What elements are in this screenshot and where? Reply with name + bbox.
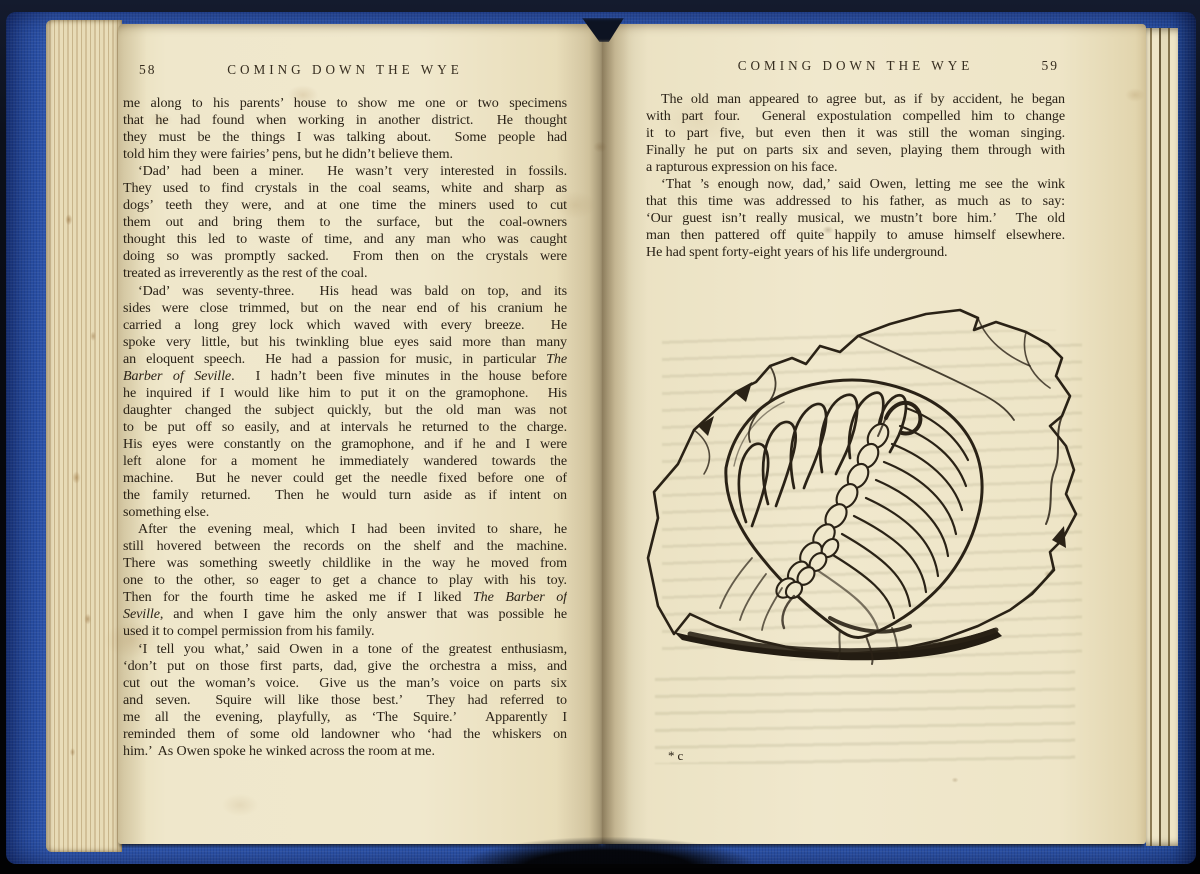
page-59-body: The old man appeared to agree but, as if… [646, 91, 1065, 261]
text-line: He had spent forty-eight years of his li… [646, 244, 1065, 261]
text-line: ‘Dad’ had been a miner. He wasn’t very i… [123, 163, 567, 180]
text-line: His eyes were constantly on the gramopho… [123, 436, 567, 453]
text-line: cut out the woman’s voice. Give us the m… [123, 675, 567, 692]
text-line: it to part five, but even then it was st… [646, 125, 1065, 142]
text-line: he inquired if I would like him to put i… [123, 385, 567, 402]
text-line: ‘don’t put on those first parts, dad, gi… [123, 658, 567, 675]
text-line: carried a long grey lock which waved wit… [123, 317, 567, 334]
text-line: dogs’ teeth they were, and at one time t… [123, 197, 567, 214]
text-line: Finally he put on parts six and seven, p… [646, 142, 1065, 159]
text-line: machine. But he never could get the need… [123, 470, 567, 487]
page-header: 58 COMING DOWN THE WYE [123, 62, 567, 82]
text-line: After the evening meal, which I had been… [123, 521, 567, 538]
text-line: ‘Dad’ was seventy-three. His head was ba… [123, 283, 567, 300]
page-number-59: 59 [1042, 58, 1060, 74]
trilobite-fossil-illustration [634, 296, 1104, 676]
text-line: Seville, and when I gave him the only an… [123, 606, 567, 623]
running-head: COMING DOWN THE WYE [738, 58, 974, 73]
text-line: and seven. Squire will like those best.’… [123, 692, 567, 709]
page-edges-right [1146, 28, 1178, 846]
text-line: ‘Our guest isn’t really musical, we must… [646, 210, 1065, 227]
text-line: an eloquent speech. He had a passion for… [123, 351, 567, 368]
text-line: ‘That ’s enough now, dad,’ said Owen, le… [646, 176, 1065, 193]
text-line: ‘I tell you what,’ said Owen in a tone o… [123, 641, 567, 658]
page-header: COMING DOWN THE WYE 59 [646, 58, 1065, 78]
text-line: man then pattered off quite happily to a… [646, 227, 1065, 244]
signature-mark: *c [668, 748, 686, 764]
page-edges-left [46, 20, 122, 852]
text-line: the family returned. Then he would turn … [123, 487, 567, 504]
text-line: one to the other, so eager to get a chan… [123, 572, 567, 589]
text-line: that he had found when working in anothe… [123, 112, 567, 129]
text-line: Barber of Seville. I hadn’t been five mi… [123, 368, 567, 385]
text-line: me along to his parents’ house to show m… [123, 95, 567, 112]
text-line: treated as irreverently as the rest of t… [123, 265, 567, 282]
text-line: thought this led to waste of time, and a… [123, 231, 567, 248]
text-line: to be put off so easily, and at interval… [123, 419, 567, 436]
text-line: me all the evening, playfully, as ‘The S… [123, 709, 567, 726]
running-head: COMING DOWN THE WYE [227, 62, 463, 77]
text-line: sides were close trimmed, but on the nea… [123, 300, 567, 317]
text-line: doing so was promptly sacked. From then … [123, 248, 567, 265]
page-number-58: 58 [139, 62, 157, 78]
text-line: him.’ As Owen spoke he winked across the… [123, 743, 567, 760]
text-line: told him they were fairies’ pens, but he… [123, 146, 567, 163]
text-line: them out and bring them to the surface, … [123, 214, 567, 231]
text-line: left alone for a moment he immediately w… [123, 453, 567, 470]
text-line: There was something sweetly childlike in… [123, 555, 567, 572]
text-line: a rapturous expression on his face. [646, 159, 1065, 176]
text-line: that this time was addressed to his fath… [646, 193, 1065, 210]
text-line: reminded them of some old landowner who … [123, 726, 567, 743]
text-line: something else. [123, 504, 567, 521]
trilobite-fossil-sketch [634, 296, 1104, 676]
open-book-photo: 58 COMING DOWN THE WYE me along to his p… [0, 0, 1200, 874]
page-59-text: COMING DOWN THE WYE 59 The old man appea… [646, 58, 1065, 261]
text-line: They used to find crystals in the coal s… [123, 180, 567, 197]
text-line: they must be the things I was talking ab… [123, 129, 567, 146]
text-line: spoke very little, but his twinkling blu… [123, 334, 567, 351]
page-58-body: me along to his parents’ house to show m… [123, 95, 567, 760]
page-58-text: 58 COMING DOWN THE WYE me along to his p… [123, 62, 567, 760]
text-line: used it to compel permission from his fa… [123, 623, 567, 640]
text-line: The old man appeared to agree but, as if… [646, 91, 1065, 108]
text-line: with part four. General expostulation co… [646, 108, 1065, 125]
text-line: Then for the fourth time he asked me if … [123, 589, 567, 606]
text-line: daughter changed the subject quickly, bu… [123, 402, 567, 419]
text-line: still hovered between the records on the… [123, 538, 567, 555]
